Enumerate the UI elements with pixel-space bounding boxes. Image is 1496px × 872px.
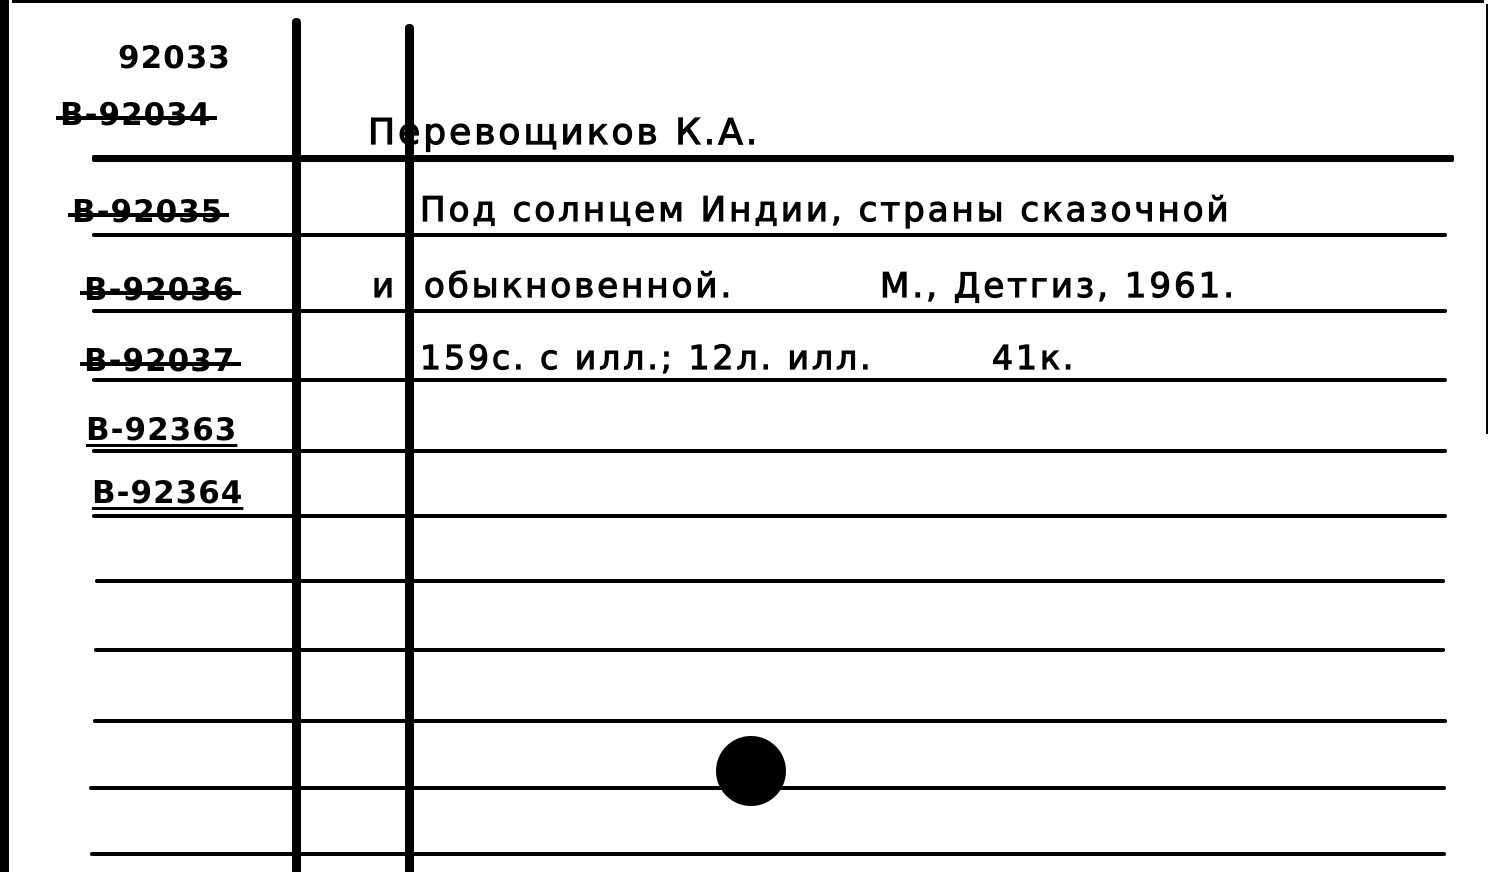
column-rule-left — [292, 18, 301, 872]
title-line-2: обыкновенной. — [424, 266, 734, 306]
title-line-2-prefix: и — [372, 266, 397, 306]
catalog-card: 92033 В-92034 В-92035 В-92036 В-92037 В-… — [0, 0, 1496, 872]
ruled-line — [94, 648, 1445, 652]
ruled-line — [95, 579, 1445, 583]
ruled-line — [93, 719, 1447, 723]
ruled-line — [92, 309, 1447, 313]
imprint: М., Детгиз, 1961. — [880, 266, 1237, 306]
ruled-line — [92, 449, 1447, 453]
punch-hole — [716, 736, 786, 806]
header-rule — [92, 155, 1454, 162]
price: 41к. — [992, 338, 1076, 377]
ruled-line — [92, 378, 1447, 382]
title-line-1: Под солнцем Индии, страны сказочной — [420, 190, 1232, 230]
accession-number: 92033 — [118, 40, 231, 76]
ruled-line — [92, 233, 1447, 237]
accession-number-struck: В-92035 — [72, 194, 223, 230]
card-left-edge — [0, 0, 9, 872]
accession-number-struck: В-92037 — [84, 343, 235, 379]
author-heading: Перевощиков К.А. — [368, 112, 760, 153]
collation: 159с. с илл.; 12л. илл. — [420, 338, 874, 377]
accession-number: В-92364 — [92, 475, 243, 511]
accession-number-struck: В-92034 — [60, 97, 211, 133]
accession-number: В-92363 — [86, 412, 237, 448]
ruled-line — [92, 514, 1447, 518]
card-top-edge — [12, 0, 1484, 3]
ruled-line — [90, 852, 1446, 856]
card-right-edge — [1486, 4, 1488, 434]
accession-number-struck: В-92036 — [84, 272, 235, 308]
